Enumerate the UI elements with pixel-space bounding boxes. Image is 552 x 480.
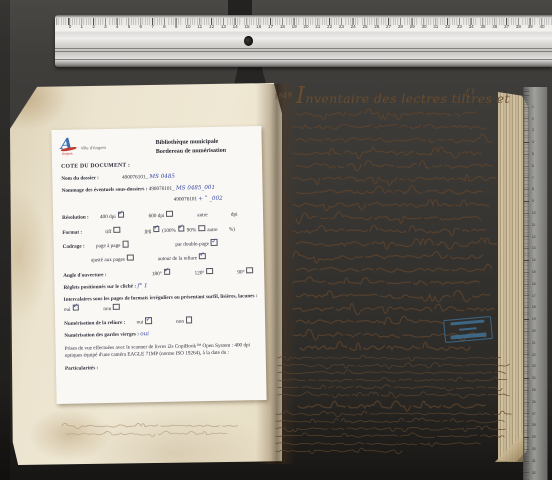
ruler-number: 38: [516, 24, 521, 29]
field-particularites: Particularités :: [65, 363, 259, 372]
ruler-number: 13: [532, 246, 536, 250]
ruler-hanging-hole: [244, 36, 253, 46]
unit-dpi: dpi: [231, 211, 238, 217]
ruler-groove: [55, 48, 552, 49]
ruler-number: 24: [351, 24, 356, 29]
angers-logo-city: Angers: [62, 152, 73, 156]
checkbox-jpg: [153, 226, 160, 233]
option-autre: autre: [197, 212, 207, 218]
background-shadow-left: [0, 0, 10, 480]
ruler-number: 8: [163, 24, 166, 29]
handwritten-value: oui: [140, 331, 149, 337]
ruler-number: 19: [292, 24, 297, 29]
angers-logo: A Angers: [61, 137, 78, 156]
ruler-number: 34: [469, 24, 474, 29]
ruler-number: 22: [532, 353, 536, 357]
field-reglets: Réglets positionnés sur le cliché : f° 1: [63, 281, 257, 291]
ruler-number: 26: [532, 400, 536, 404]
handwritten-value: MS 0485: [149, 174, 175, 180]
ruler-number: 31: [433, 24, 438, 29]
library-stamp: [443, 316, 493, 343]
ruler-number: 21: [532, 341, 536, 345]
ruler-number: 30: [532, 447, 536, 451]
option-120: 120°: [195, 270, 205, 276]
printed-value: 490076101: [174, 196, 197, 202]
ruler-number: 10: [532, 211, 536, 215]
checkbox-reliure-non: [186, 317, 193, 324]
ruler-number: 6: [532, 164, 534, 168]
ruler-number: 28: [532, 423, 536, 427]
field-reliure: Numérisation de la reliure : oui non: [64, 315, 258, 328]
stamp-text-bar: [450, 332, 486, 339]
field-label: Format :: [62, 229, 82, 235]
field-cadrage: Cadrage : page à page par double-page: [63, 238, 257, 251]
ruler-number: 40: [539, 24, 544, 29]
ruler-number: 5: [532, 152, 534, 156]
ruler-number: 27: [532, 412, 536, 416]
field-sous-dossiers-line2: 490076101 + ʺ _002: [174, 195, 256, 203]
ruler-number: 8: [532, 187, 534, 191]
ruler-number: 17: [532, 294, 536, 298]
vertical-ruler-ticks: [524, 87, 529, 480]
unit-pct: %): [229, 226, 235, 232]
field-cadrage-line2: ajusté aux pages autour de la reliure: [91, 252, 257, 264]
ruler-number: 39: [528, 24, 533, 29]
ruler-number: 0: [69, 24, 72, 29]
ruler-number: 29: [532, 435, 536, 439]
ruler-number: 7: [532, 176, 534, 180]
field-angle: Angle d'ouverture : 180° 120° 90°: [63, 267, 257, 280]
ruler-number: 24: [532, 376, 536, 380]
horizontal-ruler: 0123456789101112131415161718192021222324…: [55, 15, 552, 67]
ruler-number: 9: [532, 199, 534, 203]
ruler-number: 28: [398, 24, 403, 29]
ruler-number: 25: [362, 24, 367, 29]
handwritten-value: + ʺ _002: [198, 196, 222, 202]
field-label: Numérisation des gardes vierges :: [64, 331, 139, 338]
option-90: 90°: [237, 269, 244, 275]
form-header-line2: Bordereau de numérisation: [156, 146, 256, 157]
checkbox-600dpi: [166, 210, 173, 217]
ruler-groove: [55, 51, 552, 52]
field-label: Cadrage :: [63, 244, 85, 250]
field-format: Format : tiff jpg (100% 90% autre %): [62, 224, 256, 237]
ruler-number: 2: [532, 117, 534, 121]
field-intercalaires: Intercalaires sous les pages de formats …: [64, 293, 258, 314]
field-label: Résolution :: [62, 214, 89, 221]
option-non: non: [176, 319, 184, 325]
option-tiff: tiff: [105, 229, 111, 235]
checkbox-intercalaires-oui: [72, 304, 79, 311]
handwritten-value: MS 0485_001: [176, 185, 215, 192]
ruler-number: 16: [256, 24, 261, 29]
ruler-number: 12: [209, 24, 214, 29]
manuscript-title-line: Inventaire des lectres tiltres et: [296, 91, 496, 106]
stamp-text-bar: [459, 327, 478, 331]
logo-caption: Ville d'Angers: [81, 145, 106, 150]
camera-arm-band: [228, 0, 252, 16]
digitization-form-sheet: A Angers Ville d'Angers Bibliothèque mun…: [51, 126, 266, 404]
ruler-number: 19: [532, 317, 536, 321]
checkbox-90pct: [198, 225, 205, 232]
ruler-number: 11: [197, 24, 202, 29]
checkbox-120: [206, 268, 213, 275]
checkbox-intercalaires-non: [113, 303, 120, 310]
ruler-number: 16: [532, 282, 536, 286]
ruler-number: 1: [81, 24, 84, 29]
ruler-number: 18: [280, 24, 285, 29]
option-600dpi: 600 dpi: [149, 213, 165, 219]
section-title: COTE DU DOCUMENT :: [61, 160, 255, 170]
ruler-number: 14: [532, 258, 536, 262]
option-90pct: 90%: [187, 227, 197, 233]
ruler-number: 22: [327, 24, 332, 29]
ruler-number: 25: [532, 388, 536, 392]
ruler-number: 5: [128, 24, 131, 29]
ruler-number: 11: [532, 223, 535, 227]
ruler-number: 18: [532, 305, 536, 309]
ruler-number: 32: [532, 471, 536, 475]
field-gardes: Numérisation des gardes vierges : oui: [64, 329, 258, 339]
ruler-number: 21: [315, 24, 320, 29]
right-page-manuscript: [280, 86, 528, 464]
checkbox-autour-reliure: [199, 253, 206, 260]
option-autour-reliure: autour de la reliure: [158, 255, 197, 262]
option-oui: oui: [64, 306, 71, 312]
ruler-groove: [55, 59, 552, 60]
field-sous-dossiers: Nommage des éventuels sous-dossiers : 49…: [61, 184, 255, 194]
ruler-number: 4: [532, 140, 534, 144]
checkbox-ajuste: [127, 254, 134, 261]
option-autre: autre: [207, 226, 217, 232]
ruler-number: 32: [445, 24, 450, 29]
ruler-number: 7: [151, 24, 154, 29]
ruler-number: 3: [104, 24, 107, 29]
ruler-number: 31: [532, 459, 536, 463]
ruler-number: 37: [504, 24, 509, 29]
ruler-number: 20: [532, 329, 536, 333]
option-100pct: (100%: [162, 227, 176, 233]
ruler-number: 10: [185, 24, 190, 29]
checkbox-reliure-oui: [145, 317, 152, 324]
printed-value: 490076101_: [149, 185, 175, 191]
checkbox-100pct: [178, 225, 185, 232]
stamp-text-bar: [450, 320, 485, 326]
form-body: COTE DU DOCUMENT : Nom du dossier : 4900…: [61, 160, 259, 377]
handwritten-value: f° 1: [137, 284, 147, 290]
checkbox-90: [247, 267, 254, 274]
field-resolution: Résolution : 400 dpi 600 dpi autre dpi: [62, 209, 256, 222]
option-ajuste: ajusté aux pages: [91, 256, 125, 263]
ruler-number: 27: [386, 24, 391, 29]
ruler-number: 3: [532, 128, 534, 132]
ruler-number: 35: [480, 24, 485, 29]
ruler-number: 4: [116, 24, 119, 29]
ruler-number: 33: [457, 24, 462, 29]
ruler-number: 20: [303, 24, 308, 29]
option-double-page: par double-page: [175, 241, 209, 248]
field-label: Réglets positionnés sur le cliché :: [63, 284, 136, 291]
ruler-number: 30: [421, 24, 426, 29]
checkbox-page-a-page: [122, 241, 129, 248]
ruler-number: 13: [221, 24, 226, 29]
form-header: Bibliothèque municipale Bordereau de num…: [156, 137, 256, 157]
option-400dpi: 400 dpi: [100, 214, 116, 220]
checkbox-tiff: [114, 226, 121, 233]
ruler-number: 12: [532, 235, 536, 239]
option-oui: oui: [137, 320, 144, 326]
checkbox-400dpi: [118, 211, 125, 218]
ruler-number: 26: [374, 24, 379, 29]
field-label: Angle d'ouverture :: [63, 272, 107, 279]
digitization-photo-scene: 0123456789101112131415161718192021222324…: [0, 0, 552, 480]
ruler-number: 17: [268, 24, 273, 29]
ruler-number: 14: [233, 24, 238, 29]
ruler-number: 6: [140, 24, 143, 29]
ruler-number: 23: [339, 24, 344, 29]
field-label: Particularités :: [65, 365, 98, 372]
ruler-number: 15: [532, 270, 536, 274]
field-label: Intercalaires sous les pages de formats …: [64, 293, 258, 303]
option-180: 180°: [152, 271, 162, 277]
vertical-ruler: 1234567891011121314151617181920212223242…: [523, 87, 548, 480]
field-label: Numérisation de la reliure :: [64, 320, 125, 327]
checkbox-double-page: [211, 239, 218, 246]
field-nom-dossier: Nom du dossier : 490076101_ MS 0485: [61, 173, 255, 183]
ruler-number: 9: [175, 24, 178, 29]
field-label: Nom du dossier :: [61, 176, 99, 183]
ruler-number: 36: [492, 24, 497, 29]
printed-value: 490076101_: [122, 175, 148, 181]
option-jpg: jpg: [144, 228, 151, 234]
option-page-a-page: page à page: [96, 243, 121, 249]
ruler-number: 1: [532, 105, 534, 109]
option-non: non: [103, 306, 111, 312]
ruler-number: 23: [532, 364, 536, 368]
ruler-number: 2: [92, 24, 95, 29]
scanner-note: Prises de vue effectuées avec le scanner…: [65, 342, 251, 361]
field-label: Nommage des éventuels sous-dossiers :: [61, 186, 147, 194]
ruler-number: 15: [244, 24, 249, 29]
ruler-number: 29: [410, 24, 415, 29]
checkbox-180: [164, 268, 171, 275]
